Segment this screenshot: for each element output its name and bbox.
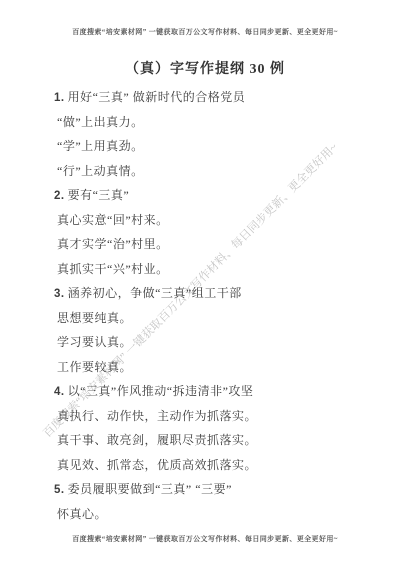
outline-item: 真见效、抓常态，优质高效抓落实。 <box>54 453 370 478</box>
outline-item: 思想要纯真。 <box>54 306 370 331</box>
item-text: 真心实意“回”村来。 <box>57 213 169 227</box>
header-promo-note: 百度搜索“培安素材网” 一键获取百万公文写作材料、每日同步更新、更全更好用~ <box>0 27 410 37</box>
item-text: 以“三真”作风推动“拆违清非”攻坚 <box>68 384 254 398</box>
item-number: 5. <box>54 484 65 496</box>
item-text: 真执行、动作快，主动作为抓落实。 <box>57 409 257 423</box>
page-title: （真）字写作提纲 30 例 <box>0 58 410 78</box>
outline-item: 5.委员履职要做到“三真” “三要” <box>54 477 370 502</box>
document-page: 百度搜索“培安素材网” 一键获取百万公文写作材料、每日同步更新、更全更好用~ 百… <box>0 0 410 580</box>
footer-promo-note: 百度搜索“培安素材网” 一键获取百万公文写作材料、每日同步更新、更全更好用~ <box>0 534 410 544</box>
item-text: 要有“三真” <box>68 188 130 202</box>
item-text: 真见效、抓常态，优质高效抓落实。 <box>57 458 257 472</box>
item-text: 涵养初心，争做“三真”组工干部 <box>68 286 242 300</box>
item-text: 真才实学“治”村里。 <box>57 237 169 251</box>
outline-item: 学习要认真。 <box>54 330 370 355</box>
item-text: 学习要认真。 <box>57 335 132 349</box>
outline-item: 真抓实干“兴”村业。 <box>54 257 370 282</box>
item-text: “做”上出真力。 <box>57 115 144 129</box>
outline-list: 1.用好“三真” 做新时代的合格党员 “做”上出真力。 “学”上用真劲。 “行”… <box>54 85 370 526</box>
outline-item: 真执行、动作快，主动作为抓落实。 <box>54 404 370 429</box>
item-number: 3. <box>54 288 65 300</box>
item-text: “行”上动真情。 <box>57 164 144 178</box>
outline-item: “行”上动真情。 <box>54 159 370 184</box>
outline-item: 1.用好“三真” 做新时代的合格党员 <box>54 85 370 110</box>
item-text: 委员履职要做到“三真” “三要” <box>68 482 232 496</box>
item-text: 用好“三真” 做新时代的合格党员 <box>68 90 246 104</box>
item-number: 2. <box>54 190 65 202</box>
outline-item: 4.以“三真”作风推动“拆违清非”攻坚 <box>54 379 370 404</box>
outline-item: 3.涵养初心，争做“三真”组工干部 <box>54 281 370 306</box>
outline-item: 真干事、敢亮剑，履职尽责抓落实。 <box>54 428 370 453</box>
item-text: 工作要较真。 <box>57 360 132 374</box>
outline-item: 2.要有“三真” <box>54 183 370 208</box>
item-text: 思想要纯真。 <box>57 311 132 325</box>
outline-item: 怀真心。 <box>54 502 370 527</box>
item-text: 真抓实干“兴”村业。 <box>57 262 169 276</box>
item-number: 4. <box>54 386 65 398</box>
outline-item: “学”上用真劲。 <box>54 134 370 159</box>
outline-item: 真才实学“治”村里。 <box>54 232 370 257</box>
item-text: 怀真心。 <box>57 507 107 521</box>
outline-item: “做”上出真力。 <box>54 110 370 135</box>
item-text: “学”上用真劲。 <box>57 139 144 153</box>
outline-item: 真心实意“回”村来。 <box>54 208 370 233</box>
item-text: 真干事、敢亮剑，履职尽责抓落实。 <box>57 433 257 447</box>
outline-item: 工作要较真。 <box>54 355 370 380</box>
item-number: 1. <box>54 92 65 104</box>
